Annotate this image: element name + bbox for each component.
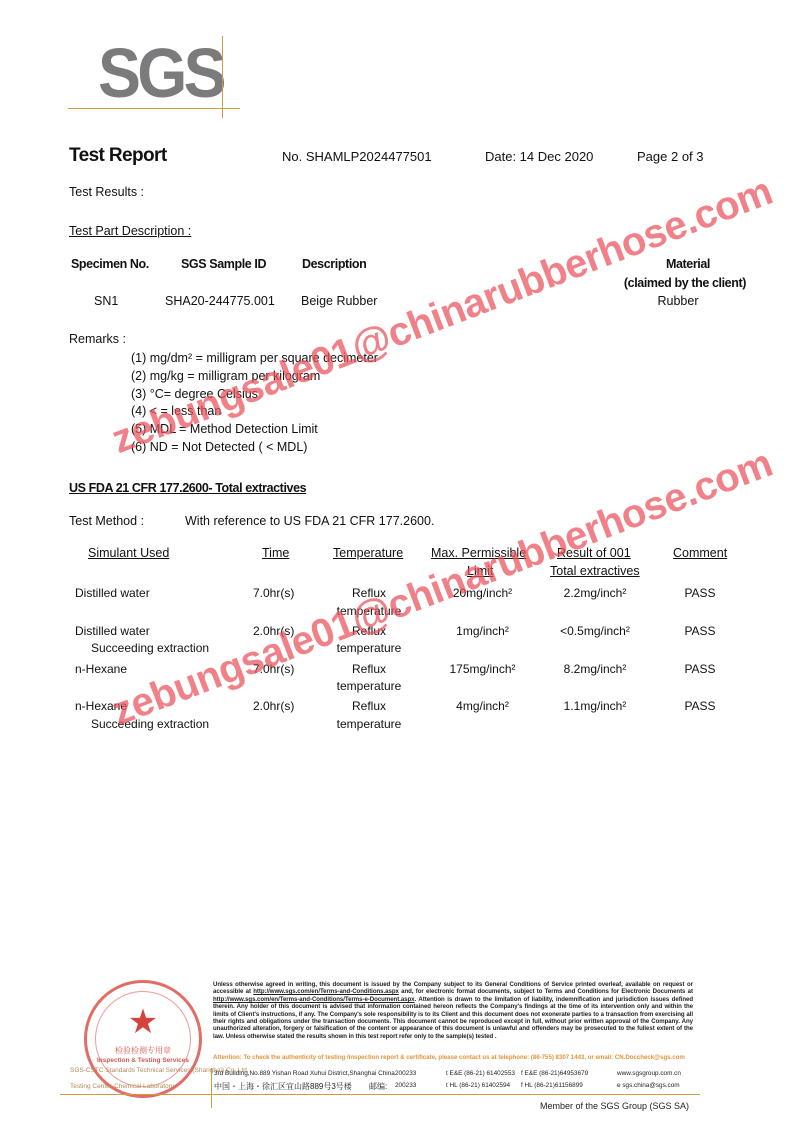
sgs-group-membership: Member of the SGS Group (SGS SA) bbox=[540, 1101, 689, 1111]
cell-result: <0.5mg/inch² bbox=[545, 623, 645, 641]
page-title: Test Report bbox=[69, 145, 167, 167]
cell-material: Rubber bbox=[640, 294, 716, 308]
cell-temperature: Reflux bbox=[330, 661, 408, 679]
part-description-heading: Test Part Description : bbox=[69, 224, 191, 238]
tel-hl: t HL (86-21) 61402594 bbox=[446, 1082, 510, 1089]
website: www.sgsgroup.com.cn bbox=[617, 1070, 681, 1077]
cell-limit: 1mg/inch² bbox=[430, 623, 535, 641]
address-cn: 中国・上海・徐汇区宜山路889号3号楼 bbox=[214, 1081, 352, 1092]
cell-description: Beige Rubber bbox=[301, 294, 377, 308]
official-stamp: ★ 检验检测专用章 Inspection & Testing Services bbox=[84, 980, 202, 1098]
tel-ee: t E&E (86-21) 61402553 bbox=[446, 1070, 515, 1077]
sgs-logo: SGS bbox=[68, 36, 240, 118]
terms-link[interactable]: http://www.sgs.com/en/Terms-and-Conditio… bbox=[253, 988, 399, 995]
col-comment: Comment bbox=[673, 546, 727, 560]
cell-comment: PASS bbox=[670, 623, 730, 641]
cell-result: 1.1mg/inch² bbox=[545, 698, 645, 716]
cell-temperature-2: temperature bbox=[330, 716, 408, 734]
cell-result: 2.2mg/inch² bbox=[545, 585, 645, 603]
cell-time: 7.0hr(s) bbox=[253, 585, 294, 603]
col-result-2: Total extractives bbox=[550, 564, 640, 578]
legal-disclaimer: Unless otherwise agreed in writing, this… bbox=[213, 981, 693, 1040]
remarks-label: Remarks : bbox=[69, 332, 126, 346]
terms-e-document-link[interactable]: http://www.sgs.com/en/Terms-and-Conditio… bbox=[213, 996, 415, 1003]
star-icon: ★ bbox=[87, 1005, 199, 1039]
test-results-label: Test Results : bbox=[69, 185, 144, 199]
address-divider bbox=[211, 1068, 212, 1108]
col-temperature: Temperature bbox=[333, 546, 403, 560]
cell-sample-id: SHA20-244775.001 bbox=[165, 294, 275, 308]
report-date: Date: 14 Dec 2020 bbox=[485, 149, 593, 164]
cell-time: 2.0hr(s) bbox=[253, 698, 294, 716]
legal-text: . Attention is drawn to the limitation o… bbox=[213, 996, 693, 1040]
postcode-en: 200233 bbox=[395, 1070, 416, 1077]
stamp-english-text: Inspection & Testing Services bbox=[87, 1057, 199, 1064]
cell-specimen-no: SN1 bbox=[94, 294, 118, 308]
section-title: US FDA 21 CFR 177.2600- Total extractive… bbox=[69, 481, 306, 495]
cell-simulant-sub: Succeeding extraction bbox=[91, 640, 209, 658]
cell-simulant: Distilled water bbox=[75, 585, 150, 603]
cell-comment: PASS bbox=[670, 661, 730, 679]
cell-simulant: Distilled water bbox=[75, 623, 150, 641]
page-indicator: Page 2 of 3 bbox=[637, 149, 704, 164]
logo-horizontal-rule bbox=[68, 108, 240, 109]
watermark-text: zebungsale01@chinarubberhose.com bbox=[106, 169, 779, 463]
cell-simulant: n-Hexane bbox=[75, 661, 127, 679]
stamp-chinese-text: 检验检测专用章 bbox=[87, 1045, 199, 1056]
cell-comment: PASS bbox=[670, 585, 730, 603]
cell-result: 8.2mg/inch² bbox=[545, 661, 645, 679]
cell-temperature-2: temperature bbox=[330, 678, 408, 696]
cell-temperature: Reflux bbox=[330, 698, 408, 716]
col-simulant: Simulant Used bbox=[88, 546, 169, 560]
address-en: 3rd Building,No.889 Yishan Road Xuhui Di… bbox=[214, 1070, 395, 1077]
col-time: Time bbox=[262, 546, 289, 560]
test-method-label: Test Method : bbox=[69, 514, 144, 528]
cell-limit: 175mg/inch² bbox=[430, 661, 535, 679]
authenticity-notice: Attention: To check the authenticity of … bbox=[213, 1054, 693, 1061]
fax-ee: f E&E (86-21)64953679 bbox=[521, 1070, 588, 1077]
col-sample-id: SGS Sample ID bbox=[181, 257, 266, 271]
col-description: Description bbox=[302, 257, 366, 271]
footer-rule bbox=[60, 1094, 700, 1095]
legal-text: and, for electronic format documents, su… bbox=[399, 988, 693, 995]
stamp-company-line-2: Testing Center-Chemical Laboratory bbox=[70, 1083, 174, 1090]
col-specimen-no: Specimen No. bbox=[71, 257, 149, 271]
contact-email: e sgs.china@sgs.com bbox=[617, 1082, 680, 1089]
postcode-cn-label: 邮编: bbox=[369, 1081, 387, 1092]
logo-vertical-rule bbox=[222, 36, 223, 118]
cell-limit: 4mg/inch² bbox=[430, 698, 535, 716]
postcode-cn: 200233 bbox=[395, 1082, 416, 1089]
sgs-logo-text: SGS bbox=[98, 38, 223, 108]
fax-hl: f HL (86-21)61156899 bbox=[521, 1082, 583, 1089]
col-material-note: (claimed by the client) bbox=[600, 276, 746, 290]
report-number: No. SHAMLP2024477501 bbox=[282, 149, 432, 164]
cell-comment: PASS bbox=[670, 698, 730, 716]
test-method-value: With reference to US FDA 21 CFR 177.2600… bbox=[185, 514, 434, 528]
